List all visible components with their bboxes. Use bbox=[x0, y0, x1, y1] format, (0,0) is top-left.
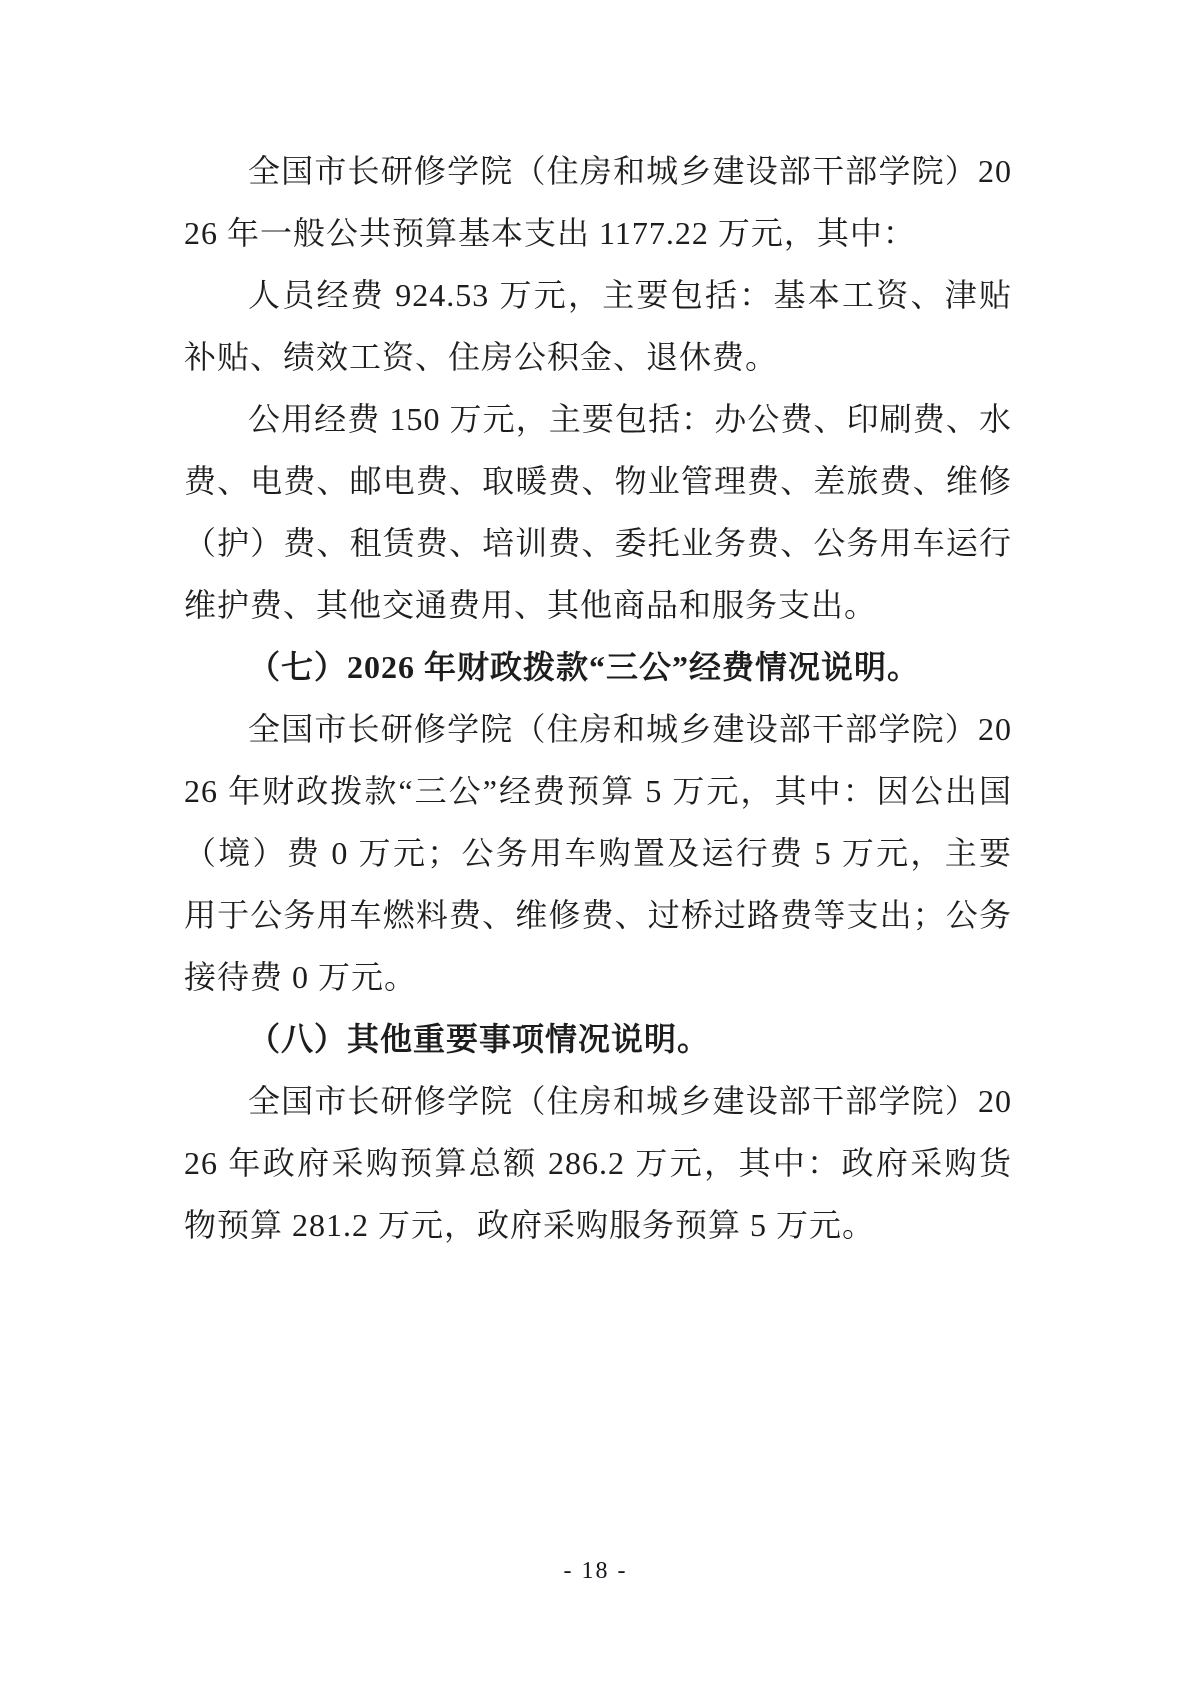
section-heading: （七）2026 年财政拨款“三公”经费情况说明。 bbox=[184, 636, 1012, 698]
document-body: 全国市长研修学院（住房和城乡建设部干部学院）2026 年一般公共预算基本支出 1… bbox=[184, 140, 1012, 1256]
paragraph: 公用经费 150 万元，主要包括：办公费、印刷费、水费、电费、邮电费、取暖费、物… bbox=[184, 388, 1012, 636]
page-number: - 18 - bbox=[564, 1558, 628, 1584]
paragraph: 全国市长研修学院（住房和城乡建设部干部学院）2026 年政府采购预算总额 286… bbox=[184, 1070, 1012, 1256]
paragraph: 全国市长研修学院（住房和城乡建设部干部学院）2026 年财政拨款“三公”经费预算… bbox=[184, 698, 1012, 1008]
paragraph: 全国市长研修学院（住房和城乡建设部干部学院）2026 年一般公共预算基本支出 1… bbox=[184, 140, 1012, 264]
page-footer: - 18 - bbox=[0, 1556, 1191, 1586]
paragraph: 人员经费 924.53 万元，主要包括：基本工资、津贴补贴、绩效工资、住房公积金… bbox=[184, 264, 1012, 388]
document-page: 全国市长研修学院（住房和城乡建设部干部学院）2026 年一般公共预算基本支出 1… bbox=[0, 0, 1191, 1684]
section-heading: （八）其他重要事项情况说明。 bbox=[184, 1008, 1012, 1070]
